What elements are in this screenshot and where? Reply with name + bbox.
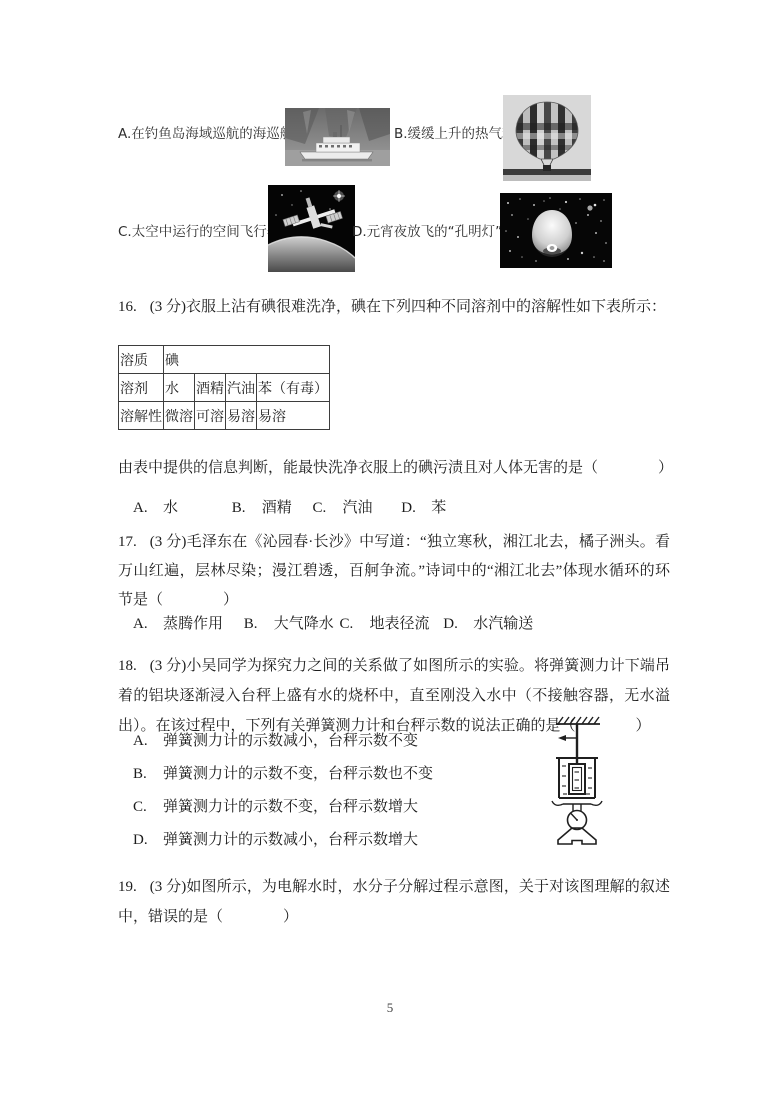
option-d: D.弹簧测力计的示数减小，台秤示数增大: [133, 832, 433, 865]
ship-image-drawing: [285, 108, 390, 166]
solubility-cell: 易溶: [257, 402, 330, 430]
option-c: C.地表径流: [340, 612, 440, 633]
question-17: 17.(3 分)毛泽东在《沁园春·长沙》中写道：“独立寒秋，湘江北去，橘子洲头。…: [118, 528, 670, 615]
spring-scale-experiment-figure: [546, 706, 642, 846]
patrol-ship-photo: [285, 108, 390, 166]
space-station-photo: [268, 185, 355, 272]
table-row-solubility: 溶解性 微溶 可溶 易溶 易溶: [119, 402, 330, 430]
solute-value-cell: 碘: [164, 346, 330, 374]
apparatus-drawing: [546, 706, 642, 846]
table-row-solute: 溶质 碘: [119, 346, 330, 374]
option-a: A.水: [133, 496, 228, 517]
figure-b-label: B.缓缓上升的热气球: [394, 122, 516, 142]
table-row-solvent: 溶剂 水 酒精 汽油 苯（有毒）: [119, 374, 330, 402]
question-18-options: A.弹簧测力计的示数减小，台秤示数不变 B.弹簧测力计的示数不变，台秤示数也不变…: [133, 733, 433, 865]
solubility-header-cell: 溶解性: [119, 402, 164, 430]
solvent-cell: 水: [164, 374, 195, 402]
solute-header-cell: 溶质: [119, 346, 164, 374]
sky-lantern-photo: [500, 193, 612, 268]
balloon-image-drawing: [503, 95, 591, 181]
question-16-options: A.水 B.酒精 C.汽油 D.苯: [133, 496, 446, 517]
hot-air-balloon-photo: [503, 95, 591, 181]
option-b: B.大气降水: [244, 612, 336, 633]
figure-d-label: D.元宵夜放飞的“孔明灯”: [352, 220, 502, 240]
question-17-stem: (3 分)毛泽东在《沁园春·长沙》中写道：“独立寒秋，湘江北去，橘子洲头。看万山…: [118, 534, 670, 608]
solubility-cell: 可溶: [195, 402, 226, 430]
lantern-image-drawing: [500, 193, 612, 268]
question-17-number: 17.: [118, 528, 137, 557]
exam-page: A.在钓鱼岛海域巡航的海巡船: [0, 0, 780, 1103]
question-19-number: 19.: [118, 872, 137, 902]
solvent-cell: 汽油: [226, 374, 257, 402]
spacecraft-image-drawing: [268, 185, 355, 272]
option-b: B.弹簧测力计的示数不变，台秤示数也不变: [133, 766, 433, 799]
page-number: 5: [0, 1000, 780, 1016]
question-18-number: 18.: [118, 651, 137, 681]
solvent-header-cell: 溶剂: [119, 374, 164, 402]
option-b: B.酒精: [232, 496, 309, 517]
question-16: 16.(3 分)衣服上沾有碘很难洗净，碘在下列四种不同溶剂中的溶解性如下表所示：: [118, 292, 670, 322]
option-d: D.苯: [401, 496, 446, 517]
question-19-stem: (3 分)如图所示，为电解水时，水分子分解过程示意图，关于对该图理解的叙述中，错…: [118, 879, 670, 925]
option-c: C.汽油: [313, 496, 398, 517]
solvent-cell: 苯（有毒）: [257, 374, 330, 402]
question-19: 19.(3 分)如图所示，为电解水时，水分子分解过程示意图，关于对该图理解的叙述…: [118, 872, 670, 932]
solubility-table: 溶质 碘 溶剂 水 酒精 汽油 苯（有毒） 溶解性 微溶 可溶 易溶 易溶: [118, 345, 330, 430]
solubility-cell: 易溶: [226, 402, 257, 430]
question-16-stem: (3 分)衣服上沾有碘很难洗净，碘在下列四种不同溶剂中的溶解性如下表所示：: [150, 299, 666, 315]
question-16-number: 16.: [118, 292, 137, 322]
question-17-options: A.蒸腾作用 B.大气降水 C.地表径流 D.水汽输送: [133, 612, 533, 633]
question-16-followup: 由表中提供的信息判断，能最快洗净衣服上的碘污渍且对人体无害的是（ ）: [118, 456, 673, 477]
option-c: C.弹簧测力计的示数不变，台秤示数增大: [133, 799, 433, 832]
solubility-cell: 微溶: [164, 402, 195, 430]
figure-c-label: C.太空中运行的空间飞行器: [118, 220, 280, 240]
figure-a-label: A.在钓鱼岛海域巡航的海巡船: [118, 122, 293, 142]
option-a: A.弹簧测力计的示数减小，台秤示数不变: [133, 733, 433, 766]
option-a: A.蒸腾作用: [133, 612, 240, 633]
option-d: D.水汽输送: [443, 612, 533, 633]
solvent-cell: 酒精: [195, 374, 226, 402]
